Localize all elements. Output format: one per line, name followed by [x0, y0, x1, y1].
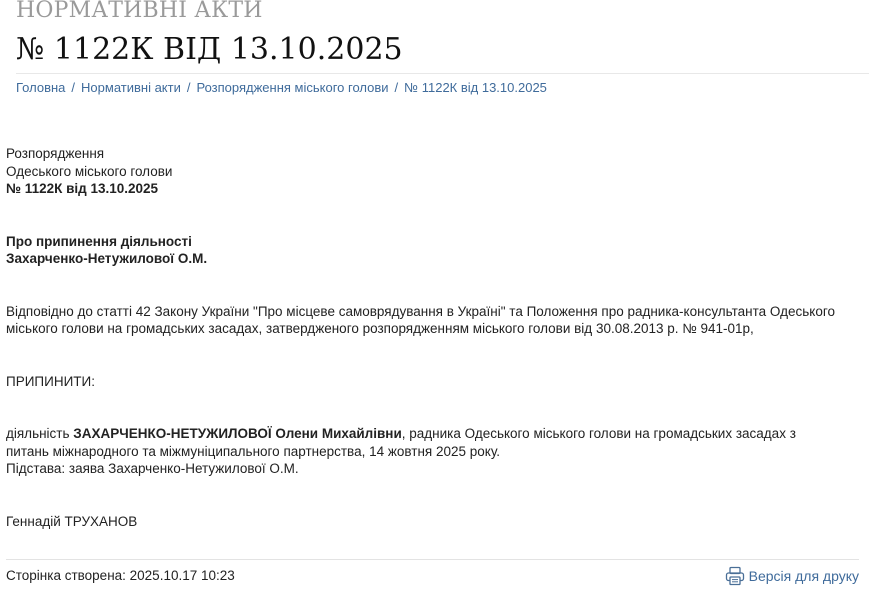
doc-preamble: Відповідно до статті 42 Закону України "… [6, 303, 856, 338]
breadcrumb-separator: / [395, 80, 399, 95]
print-version-link[interactable]: Версія для друку [725, 566, 859, 586]
print-version-label: Версія для друку [749, 568, 859, 584]
doc-subject-line1: Про припинення діяльності [6, 234, 192, 249]
doc-issuer: Одеського міського голови [6, 163, 866, 181]
spacer [6, 338, 866, 373]
breadcrumb-normative-acts[interactable]: Нормативні акти [81, 80, 181, 95]
doc-signature: Геннадій ТРУХАНОВ [6, 513, 866, 531]
doc-number-date-text: № 1122К від 13.10.2025 [6, 181, 158, 196]
doc-subject-line2: Захарченко-Нетужилової О.М. [6, 251, 207, 266]
doc-subject: Про припинення діяльності [6, 233, 866, 251]
breadcrumb: Головна/Нормативні акти/Розпорядження мі… [16, 80, 547, 95]
breadcrumb-current[interactable]: № 1122К від 13.10.2025 [404, 80, 547, 95]
document-body: Розпорядження Одеського міського голови … [6, 145, 866, 530]
doc-decision: ПРИПИНИТИ: [6, 373, 866, 391]
breadcrumb-separator: / [71, 80, 75, 95]
breadcrumb-separator: / [187, 80, 191, 95]
page-title: № 1122К ВІД 13.10.2025 [16, 32, 403, 67]
spacer [6, 390, 866, 425]
spacer [6, 478, 866, 513]
breadcrumb-mayor-orders[interactable]: Розпорядження міського голови [196, 80, 388, 95]
doc-type: Розпорядження [6, 145, 866, 163]
section-title: НОРМАТИВНІ АКТИ [16, 0, 263, 23]
doc-body-name: ЗАХАРЧЕНКО-НЕТУЖИЛОВОЇ Олени Михайлівни [73, 426, 401, 441]
printer-icon [725, 566, 745, 586]
doc-basis: Підстава: заява Захарченко-Нетужилової О… [6, 460, 866, 478]
spacer [6, 198, 866, 233]
breadcrumb-home[interactable]: Головна [16, 80, 65, 95]
doc-body-prefix: діяльність [6, 426, 73, 441]
page-created-timestamp: Сторінка створена: 2025.10.17 10:23 [6, 568, 235, 583]
title-divider [16, 73, 869, 74]
footer-divider [6, 559, 859, 560]
doc-number-date: № 1122К від 13.10.2025 [6, 180, 866, 198]
spacer [6, 268, 866, 303]
doc-body: діяльність ЗАХАРЧЕНКО-НЕТУЖИЛОВОЇ Олени … [6, 425, 836, 460]
doc-subject-name: Захарченко-Нетужилової О.М. [6, 250, 866, 268]
